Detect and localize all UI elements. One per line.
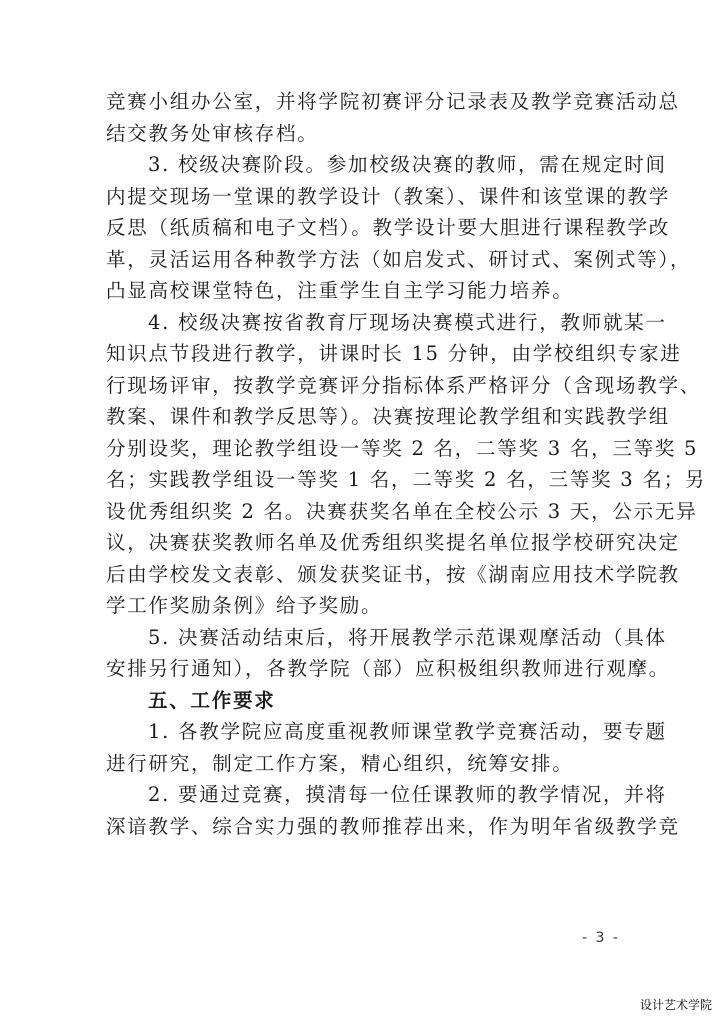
text-line: 2. 要通过竞赛，摸清每一位任课教师的教学情况，并将	[106, 779, 620, 811]
text-line: 3. 校级决赛阶段。参加校级决赛的教师，需在规定时间	[106, 149, 620, 181]
text-line: 4. 校级决赛按省教育厅现场决赛模式进行，教师就某一	[106, 307, 620, 339]
page-number: - 3 -	[582, 930, 620, 946]
text-line: 学工作奖励条例》给予奖励。	[106, 590, 620, 622]
text-line: 深谙教学、综合实力强的教师推荐出来，作为明年省级教学竞	[106, 811, 620, 843]
document-page: 竞赛小组办公室，并将学院初赛评分记录表及教学竞赛活动总 结交教务处审核存档。 3…	[0, 0, 724, 1024]
text-line: 议，决赛获奖教师名单及优秀组织奖提名单位报学校研究决定	[106, 527, 620, 559]
text-line: 安排另行通知），各教学院（部）应积极组织教师进行观摩。	[106, 653, 620, 685]
text-line: 行现场评审，按教学竞赛评分指标体系严格评分（含现场教学、	[106, 370, 620, 402]
text-line: 结交教务处审核存档。	[106, 118, 620, 150]
text-line: 名；实践教学组设一等奖 1 名，二等奖 2 名，三等奖 3 名；另	[106, 464, 620, 496]
text-line: 革，灵活运用各种教学方法（如启发式、研讨式、案例式等），	[106, 244, 620, 276]
document-body: 竞赛小组办公室，并将学院初赛评分记录表及教学竞赛活动总 结交教务处审核存档。 3…	[106, 86, 620, 842]
text-line: 教案、课件和教学反思等）。决赛按理论教学组和实践教学组	[106, 401, 620, 433]
text-line: 后由学校发文表彰、颁发获奖证书，按《湖南应用技术学院教	[106, 559, 620, 591]
text-line: 1. 各教学院应高度重视教师课堂教学竞赛活动，要专题	[106, 716, 620, 748]
text-line: 凸显高校课堂特色，注重学生自主学习能力培养。	[106, 275, 620, 307]
watermark-label: 设计艺术学院	[640, 996, 712, 1013]
text-line: 进行研究，制定工作方案，精心组织，统筹安排。	[106, 748, 620, 780]
text-line: 内提交现场一堂课的教学设计（教案）、课件和该堂课的教学	[106, 181, 620, 213]
section-heading: 五、工作要求	[106, 685, 620, 717]
text-line: 分别设奖，理论教学组设一等奖 2 名，二等奖 3 名，三等奖 5	[106, 433, 620, 465]
text-line: 知识点节段进行教学，讲课时长 15 分钟，由学校组织专家进	[106, 338, 620, 370]
text-line: 反思（纸质稿和电子文档）。教学设计要大胆进行课程教学改	[106, 212, 620, 244]
text-line: 设优秀组织奖 2 名。决赛获奖名单在全校公示 3 天，公示无异	[106, 496, 620, 528]
text-line: 5. 决赛活动结束后，将开展教学示范课观摩活动（具体	[106, 622, 620, 654]
text-line: 竞赛小组办公室，并将学院初赛评分记录表及教学竞赛活动总	[106, 86, 620, 118]
